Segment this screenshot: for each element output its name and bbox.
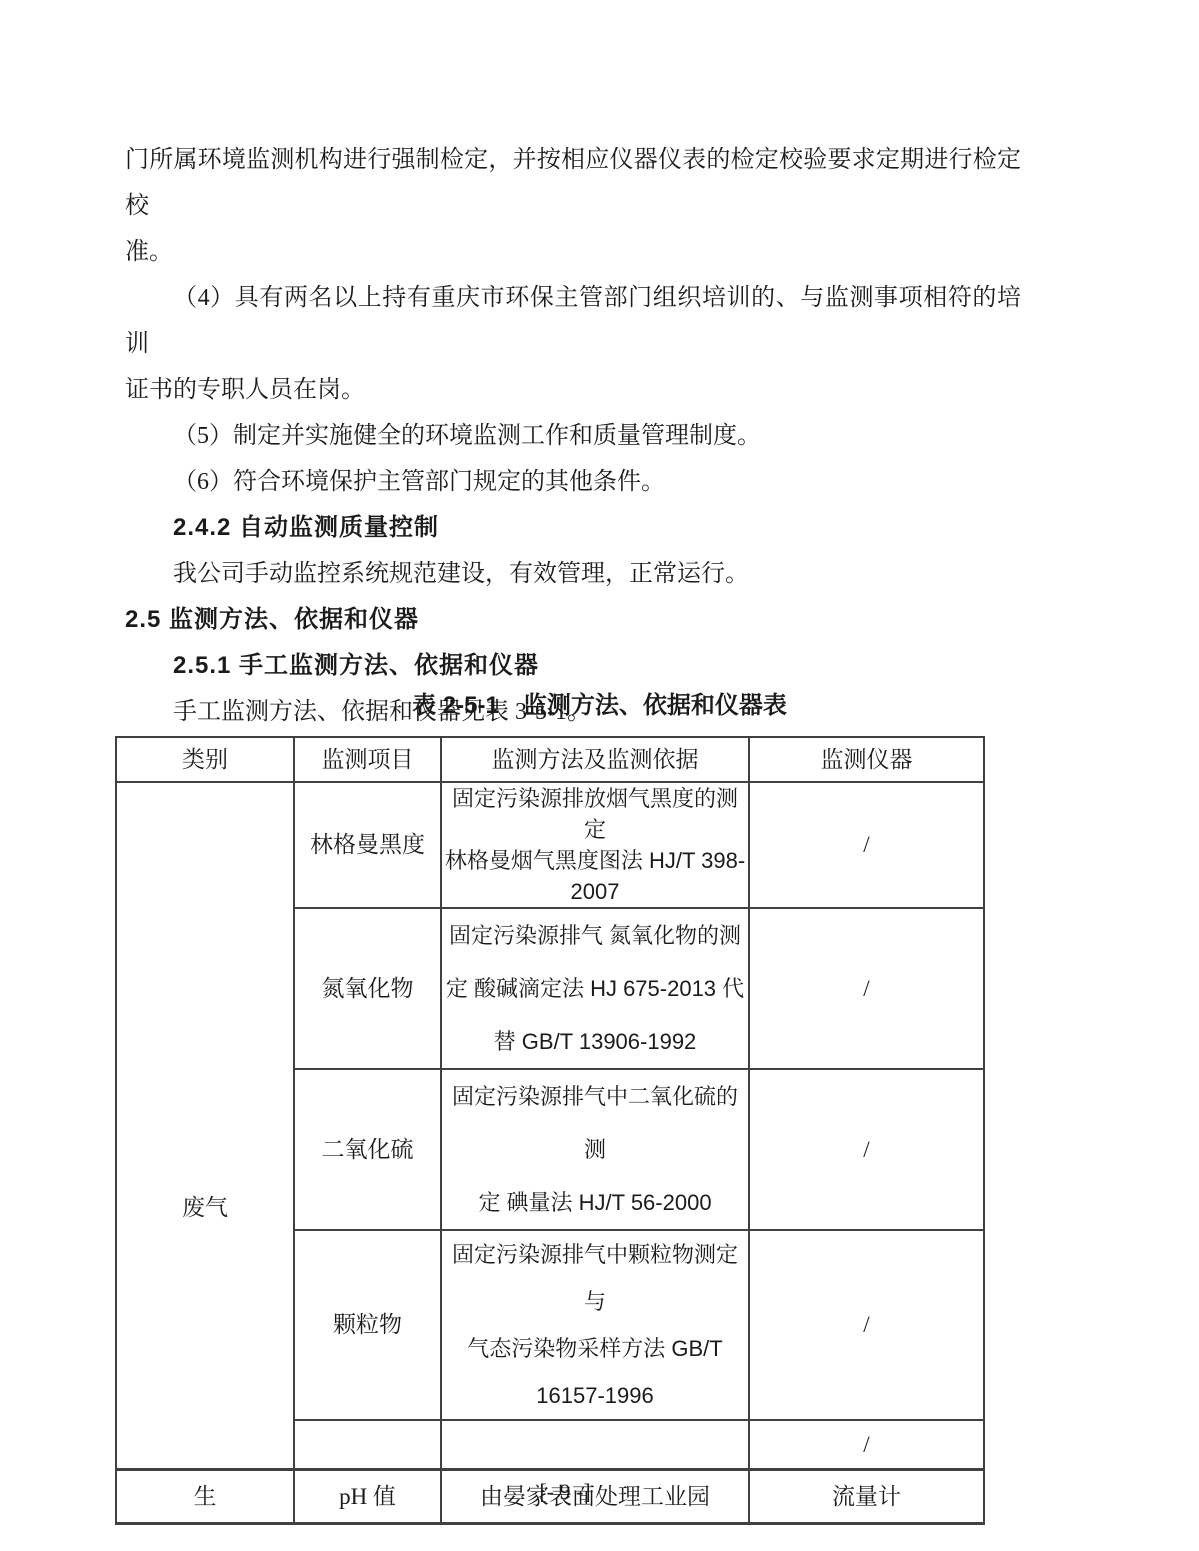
header-category: 类别 (116, 737, 294, 782)
method-line: 林格曼烟气黑度图法 HJ/T 398- (442, 845, 748, 876)
paragraph-auto-monitoring: 我公司手动监控系统规范建设，有效管理，正常运行。 (125, 551, 1021, 597)
method-line: 替 GB/T 13906-1992 (442, 1015, 748, 1068)
monitoring-methods-table: 类别 监测项目 监测方法及监测依据 监测仪器 废气 林格曼黑度 固定污染源排放烟… (115, 736, 985, 1525)
cell-item: 林格曼黑度 (294, 782, 441, 908)
cell-item: 颗粒物 (294, 1230, 441, 1420)
table-caption: 表 2-5-1 监测方法、依据和仪器表 (0, 683, 1199, 729)
header-instrument: 监测仪器 (749, 737, 984, 782)
method-line: 气态污染物采样方法 GB/T (442, 1325, 748, 1372)
cell-instrument: / (749, 1069, 984, 1230)
method-line: 定 碘量法 HJ/T 56-2000 (442, 1176, 748, 1229)
method-line: 固定污染源排放烟气黑度的测定 (442, 783, 748, 845)
page-number: [- 9 -] (0, 1477, 1130, 1507)
cell-instrument: / (749, 1230, 984, 1420)
cell-method: 固定污染源排放烟气黑度的测定 林格曼烟气黑度图法 HJ/T 398- 2007 (441, 782, 749, 908)
body-text: 门所属环境监测机构进行强制检定，并按相应仪器仪表的检定校验要求定期进行检定校 准… (125, 137, 1021, 735)
cell-method: 固定污染源排气中二氧化硫的测 定 碘量法 HJ/T 56-2000 (441, 1069, 749, 1230)
method-line: 固定污染源排气 氮氧化物的测 (442, 909, 748, 962)
cell-item: 氮氧化物 (294, 908, 441, 1069)
header-monitoring-item: 监测项目 (294, 737, 441, 782)
heading-2-4-2: 2.4.2 自动监测质量控制 (125, 505, 1021, 551)
paragraph-item-5: （5）制定并实施健全的环境监测工作和质量管理制度。 (125, 413, 1021, 459)
category-label: 废气 (117, 1032, 293, 1220)
method-line: 16157-1996 (442, 1372, 748, 1419)
paragraph-item-6: （6）符合环境保护主管部门规定的其他条件。 (125, 459, 1021, 505)
cell-category-waste-gas: 废气 (116, 782, 294, 1470)
table-row: 废气 林格曼黑度 固定污染源排放烟气黑度的测定 林格曼烟气黑度图法 HJ/T 3… (116, 782, 984, 908)
method-line: 固定污染源排气中颗粒物测定与 (442, 1231, 748, 1325)
method-line: 定 酸碱滴定法 HJ 675-2013 代 (442, 962, 748, 1015)
document-page: { "doc": { "paragraphs": [ { "text": "门所… (0, 0, 1199, 1551)
method-line: 2007 (442, 876, 748, 907)
paragraph-item-4: （4）具有两名以上持有重庆市环保主管部门组织培训的、与监测事项相符的培训 证书的… (125, 275, 1021, 413)
cell-instrument: / (749, 1420, 984, 1470)
cell-instrument: / (749, 782, 984, 908)
header-method-basis: 监测方法及监测依据 (441, 737, 749, 782)
method-line: 固定污染源排气中二氧化硫的测 (442, 1070, 748, 1176)
heading-2-5: 2.5 监测方法、依据和仪器 (125, 597, 1021, 643)
paragraph-continued: 门所属环境监测机构进行强制检定，并按相应仪器仪表的检定校验要求定期进行检定校 准… (125, 137, 1021, 275)
cell-item (294, 1420, 441, 1470)
cell-method: 固定污染源排气 氮氧化物的测 定 酸碱滴定法 HJ 675-2013 代 替 G… (441, 908, 749, 1069)
cell-method: 固定污染源排气中颗粒物测定与 气态污染物采样方法 GB/T 16157-1996 (441, 1230, 749, 1420)
cell-method (441, 1420, 749, 1470)
cell-item: 二氧化硫 (294, 1069, 441, 1230)
cell-instrument: / (749, 908, 984, 1069)
table-header-row: 类别 监测项目 监测方法及监测依据 监测仪器 (116, 737, 984, 782)
